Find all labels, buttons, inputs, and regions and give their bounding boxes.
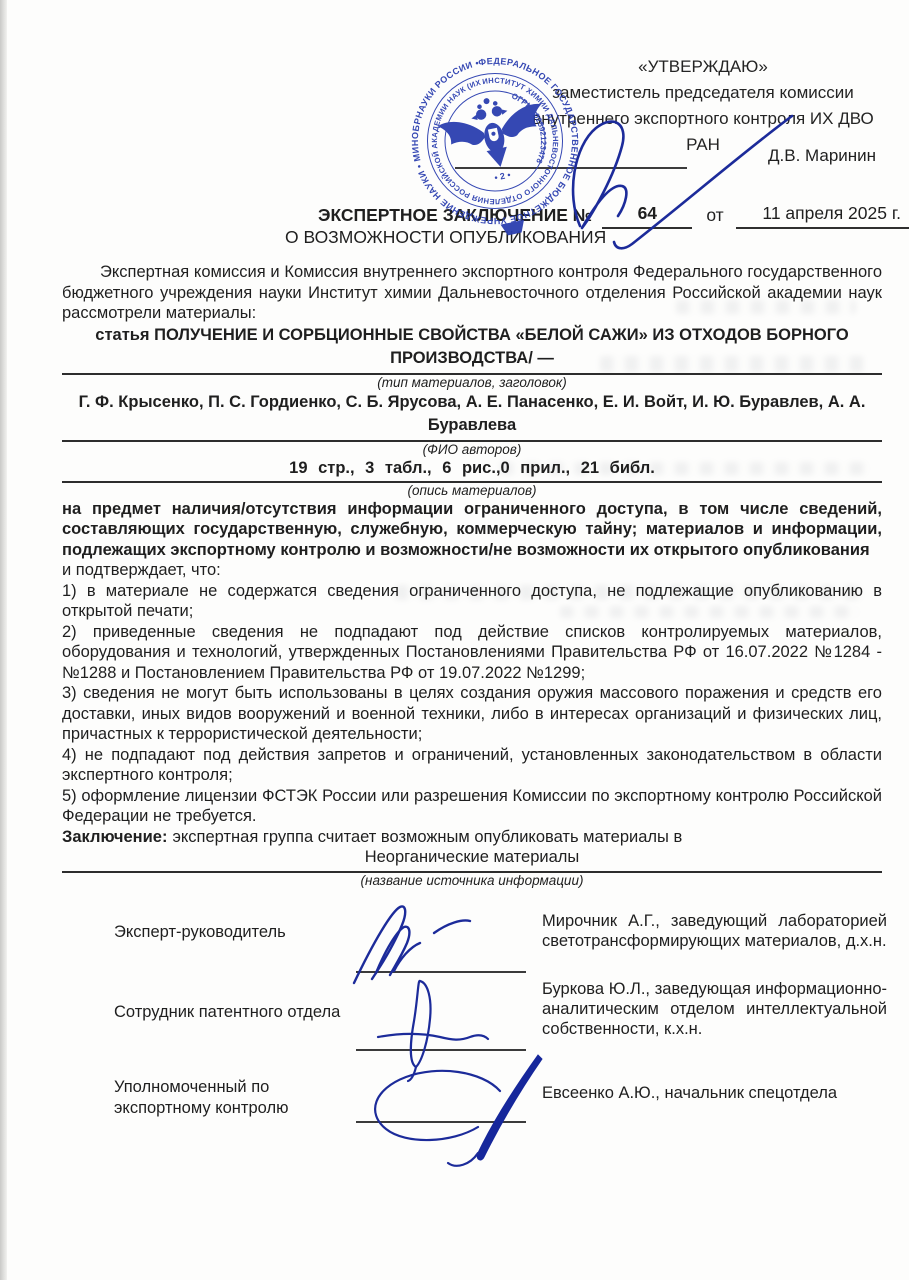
- signer-name: Мирочник А.Г., заведующий лабораторией с…: [542, 911, 887, 951]
- conclusion-paragraph: Заключение:экспертная группа считает воз…: [62, 827, 882, 848]
- conclusion-text: экспертная группа считает возможным опуб…: [172, 828, 682, 846]
- subject-paragraph: на предмет наличия/отсутствия информации…: [62, 499, 882, 561]
- authors-line: Г. Ф. Крысенко, П. С. Гордиенко, С. Б. Я…: [62, 391, 882, 437]
- signature-row-expert: Эксперт-руководитель Мирочник А.Г., заве…: [62, 909, 882, 973]
- document-body: Экспертная комиссия и Комиссия внутренне…: [62, 262, 882, 1123]
- material-title: статья ПОЛУЧЕНИЕ И СОРБЦИОННЫЕ СВОЙСТВА …: [62, 324, 882, 370]
- scan-edge-artifact: [0, 0, 7, 1280]
- signer-role: Уполномоченный по экспортному контролю: [114, 1077, 359, 1119]
- finding-item-1: 1) в материале не содержатся сведения ог…: [62, 581, 882, 622]
- seal-center-mark: • 2 •: [493, 170, 511, 183]
- signature-row-export-control: Уполномоченный по экспортному контролю Е…: [62, 1051, 882, 1123]
- finding-item-4: 4) не подпадают под действия запретов и …: [62, 745, 882, 786]
- inventory-caption: (опись материалов): [62, 483, 882, 499]
- finding-item-5: 5) оформление лицензии ФСТЭК России или …: [62, 786, 882, 827]
- signer-name: Буркова Ю.Л., заведующая информационно-а…: [542, 979, 887, 1039]
- approver-signature: [540, 98, 820, 263]
- finding-item-3: 3) сведения не могут быть использованы в…: [62, 683, 882, 745]
- publication-source-name: Неорганические материалы: [62, 847, 882, 868]
- signer-name: Евсеенко А.Ю., начальник спецотдела: [542, 1083, 887, 1103]
- signatures-section: Эксперт-руководитель Мирочник А.Г., заве…: [62, 909, 882, 1123]
- finding-item-2: 2) приведенные сведения не подпадают под…: [62, 622, 882, 684]
- signer-role: Сотрудник патентного отдела: [114, 1002, 359, 1023]
- material-title-caption: (тип материалов, заголовок): [62, 375, 882, 391]
- signature: [342, 1051, 572, 1171]
- inventory-line: 19 стр., 3 табл., 6 рис.,0 прил., 21 биб…: [62, 458, 882, 478]
- authors-caption: (ФИО авторов): [62, 442, 882, 458]
- signer-role: Эксперт-руководитель: [114, 922, 359, 943]
- conclusion-label: Заключение:: [62, 828, 167, 846]
- source-caption: (название источника информации): [62, 873, 882, 889]
- confirmation-lead: и подтверждает, что:: [62, 560, 882, 581]
- document-page: ФЕДЕРАЛЬНОЕ ГОСУДАРСТВЕННОЕ БЮДЖЕТНОЕ УЧ…: [0, 0, 909, 1280]
- signature-row-patent: Сотрудник патентного отдела Буркова Ю.Л.…: [62, 973, 882, 1051]
- intro-paragraph: Экспертная комиссия и Комиссия внутренне…: [62, 262, 882, 324]
